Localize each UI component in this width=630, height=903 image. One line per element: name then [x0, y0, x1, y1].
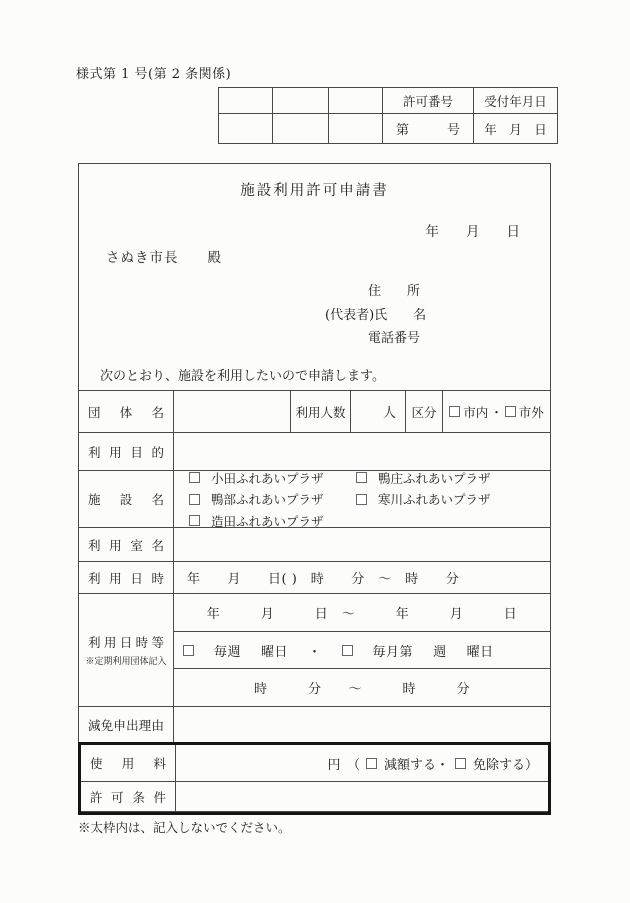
facility-option-label: 寒川ふれあいプラザ	[378, 490, 491, 508]
category-separator: ・	[490, 403, 503, 421]
office-use-thick-frame: 使用料 円 （ 減額する・ 免除する） 許可条件	[78, 742, 551, 815]
category-options: 市内・市外	[443, 391, 550, 432]
row-facility: 施設名 小田ふれあいプラザ 鴨庄ふれあいプラザ 鴨部ふれあいプラザ 寒川ふれあい…	[79, 470, 550, 527]
row-room-name: 利用室名	[79, 527, 550, 561]
fee-label: 使用料	[90, 754, 166, 772]
people-count-label: 利用人数	[291, 391, 351, 432]
facility-option-label: 鴨部ふれあいプラザ	[211, 490, 324, 508]
checkbox-icon[interactable]	[189, 472, 200, 483]
stamp-cell	[219, 114, 273, 144]
application-form-page: 様式第 1 号(第 2 条関係) 許可番号 受付年月日 第 号 年 月 日 施設…	[0, 0, 630, 903]
fee-reduce-label: 減額する・	[384, 754, 449, 773]
waiver-label: 減免申出理由	[88, 716, 164, 734]
room-label: 利用室名	[88, 536, 164, 554]
row-waiver-reason: 減免申出理由	[79, 706, 550, 742]
purpose-label: 利用目的	[88, 443, 164, 461]
addressee-line: さぬき市長 殿	[106, 246, 222, 266]
checkbox-icon[interactable]	[449, 406, 460, 417]
form-table: 団体名 利用人数 人 区分 市内・市外 利用目的 施設名	[79, 390, 550, 815]
stamp-table: 許可番号 受付年月日 第 号 年 月 日	[218, 87, 558, 144]
schedule-label: 利用日時等	[88, 633, 164, 651]
facility-option: 鴨部ふれあいプラザ	[189, 490, 356, 508]
stamp-cell	[273, 114, 329, 144]
checkbox-icon[interactable]	[183, 645, 194, 656]
row-fee: 使用料 円 （ 減額する・ 免除する）	[81, 745, 548, 781]
datetime-label-cell: 利用日時	[79, 562, 174, 593]
fee-value-cell: 円 （ 減額する・ 免除する）	[176, 745, 548, 781]
schedule-weekday-label: 曜日	[261, 641, 288, 660]
checkbox-icon[interactable]	[189, 515, 200, 526]
room-label-cell: 利用室名	[79, 528, 174, 561]
schedule-weekday2-label: 曜日	[467, 641, 494, 660]
group-name-input[interactable]	[174, 391, 291, 432]
checkbox-icon	[455, 758, 466, 769]
permit-conditions-cell	[176, 782, 548, 812]
application-date-line[interactable]: 年 月 日	[426, 220, 521, 240]
facility-option: 小田ふれあいプラザ	[189, 469, 356, 487]
schedule-dot: ・	[308, 641, 322, 660]
permit-suffix: 号	[447, 119, 460, 138]
row-group-name: 団体名 利用人数 人 区分 市内・市外	[79, 390, 550, 432]
schedule-week-label: 週	[433, 641, 447, 660]
applicant-name-label[interactable]: (代表者)氏 名	[325, 304, 426, 328]
facility-option: 鴨庄ふれあいプラザ	[356, 469, 550, 487]
permit-label-cell: 許可条件	[81, 782, 176, 812]
form-title: 施設利用許可申請書	[79, 179, 550, 200]
facility-option-label: 鴨庄ふれあいプラザ	[378, 469, 491, 487]
group-name-label: 団体名	[88, 403, 164, 421]
stamp-table-header-row: 許可番号 受付年月日	[219, 88, 558, 114]
intro-sentence: 次のとおり、施設を利用したいので申請します。	[100, 365, 385, 384]
row-use-datetime: 利用日時 年 月 日( ) 時 分 ～ 時 分	[79, 561, 550, 593]
permit-prefix: 第	[396, 119, 409, 138]
form-code: 様式第 1 号(第 2 条関係)	[76, 63, 231, 82]
facility-label: 施設名	[88, 490, 164, 508]
applicant-address-label[interactable]: 住 所	[325, 280, 426, 304]
checkbox-icon	[366, 758, 377, 769]
waiver-label-cell: 減免申出理由	[79, 707, 174, 742]
stamp-cell	[329, 114, 383, 144]
application-form-box: 施設利用許可申請書 年 月 日 さぬき市長 殿 住 所 (代表者)氏 名 電話番…	[78, 163, 551, 812]
schedule-note: ※定期利用団体記入	[85, 654, 166, 667]
schedule-period-input[interactable]: 年 月 日 ～ 年 月 日	[174, 594, 550, 631]
people-count-input[interactable]: 人	[351, 391, 406, 432]
row-schedule: 利用日時等 ※定期利用団体記入 年 月 日 ～ 年 月 日 毎週 曜日 ・ 毎月…	[79, 593, 550, 706]
applicant-phone-label[interactable]: 電話番号	[325, 327, 426, 351]
footnote: ※太枠内は、記入しないでください。	[78, 818, 291, 836]
facility-option-label: 造田ふれあいプラザ	[211, 512, 324, 530]
datetime-input[interactable]: 年 月 日( ) 時 分 ～ 時 分	[174, 562, 550, 593]
schedule-value-cell: 年 月 日 ～ 年 月 日 毎週 曜日 ・ 毎月第 週 曜日 時 分 ～ 時 分	[174, 594, 550, 706]
schedule-week-input[interactable]: 毎週 曜日 ・ 毎月第 週 曜日	[174, 631, 550, 669]
facility-options-cell: 小田ふれあいプラザ 鴨庄ふれあいプラザ 鴨部ふれあいプラザ 寒川ふれあいプラザ …	[174, 471, 550, 527]
schedule-label-cell: 利用日時等 ※定期利用団体記入	[79, 594, 174, 706]
facility-option-label: 小田ふれあいプラザ	[211, 469, 324, 487]
checkbox-icon[interactable]	[505, 406, 516, 417]
waiver-input[interactable]	[174, 707, 550, 742]
receipt-date-label: 受付年月日	[474, 88, 558, 114]
schedule-time-input[interactable]: 時 分 ～ 時 分	[174, 668, 550, 706]
facility-option: 寒川ふれあいプラザ	[356, 490, 550, 508]
datetime-label: 利用日時	[88, 569, 164, 587]
purpose-label-cell: 利用目的	[79, 433, 174, 470]
schedule-weekly-label: 毎週	[214, 641, 241, 660]
permit-number-label: 許可番号	[383, 88, 474, 114]
fee-exempt-label: 免除する）	[473, 754, 538, 773]
checkbox-icon[interactable]	[189, 494, 200, 505]
receipt-date-field[interactable]: 年 月 日	[474, 114, 558, 144]
stamp-cell	[329, 88, 383, 114]
checkbox-icon[interactable]	[342, 645, 353, 656]
checkbox-icon[interactable]	[356, 472, 367, 483]
stamp-cell	[219, 88, 273, 114]
purpose-input[interactable]	[174, 433, 550, 470]
stamp-table-value-row: 第 号 年 月 日	[219, 114, 558, 144]
fee-label-cell: 使用料	[81, 745, 176, 781]
fee-unit-open: 円 （	[327, 754, 360, 773]
schedule-monthly-label: 毎月第	[373, 641, 414, 660]
row-permit-conditions: 許可条件	[81, 781, 548, 812]
permit-label: 許可条件	[90, 788, 166, 806]
row-purpose: 利用目的	[79, 432, 550, 470]
permit-number-field[interactable]: 第 号	[383, 114, 474, 144]
group-name-label-cell: 団体名	[79, 391, 174, 432]
checkbox-icon[interactable]	[356, 494, 367, 505]
form-header-section: 施設利用許可申請書 年 月 日 さぬき市長 殿 住 所 (代表者)氏 名 電話番…	[79, 164, 550, 390]
category-label: 区分	[406, 391, 443, 432]
facility-label-cell: 施設名	[79, 471, 174, 527]
category-outer-label: 市外	[519, 403, 544, 421]
stamp-cell	[273, 88, 329, 114]
applicant-block: 住 所 (代表者)氏 名 電話番号	[325, 280, 426, 351]
room-input[interactable]	[174, 528, 550, 561]
facility-options-grid: 小田ふれあいプラザ 鴨庄ふれあいプラザ 鴨部ふれあいプラザ 寒川ふれあいプラザ …	[174, 469, 550, 530]
category-inner-label: 市内	[463, 403, 488, 421]
facility-option: 造田ふれあいプラザ	[189, 512, 356, 530]
